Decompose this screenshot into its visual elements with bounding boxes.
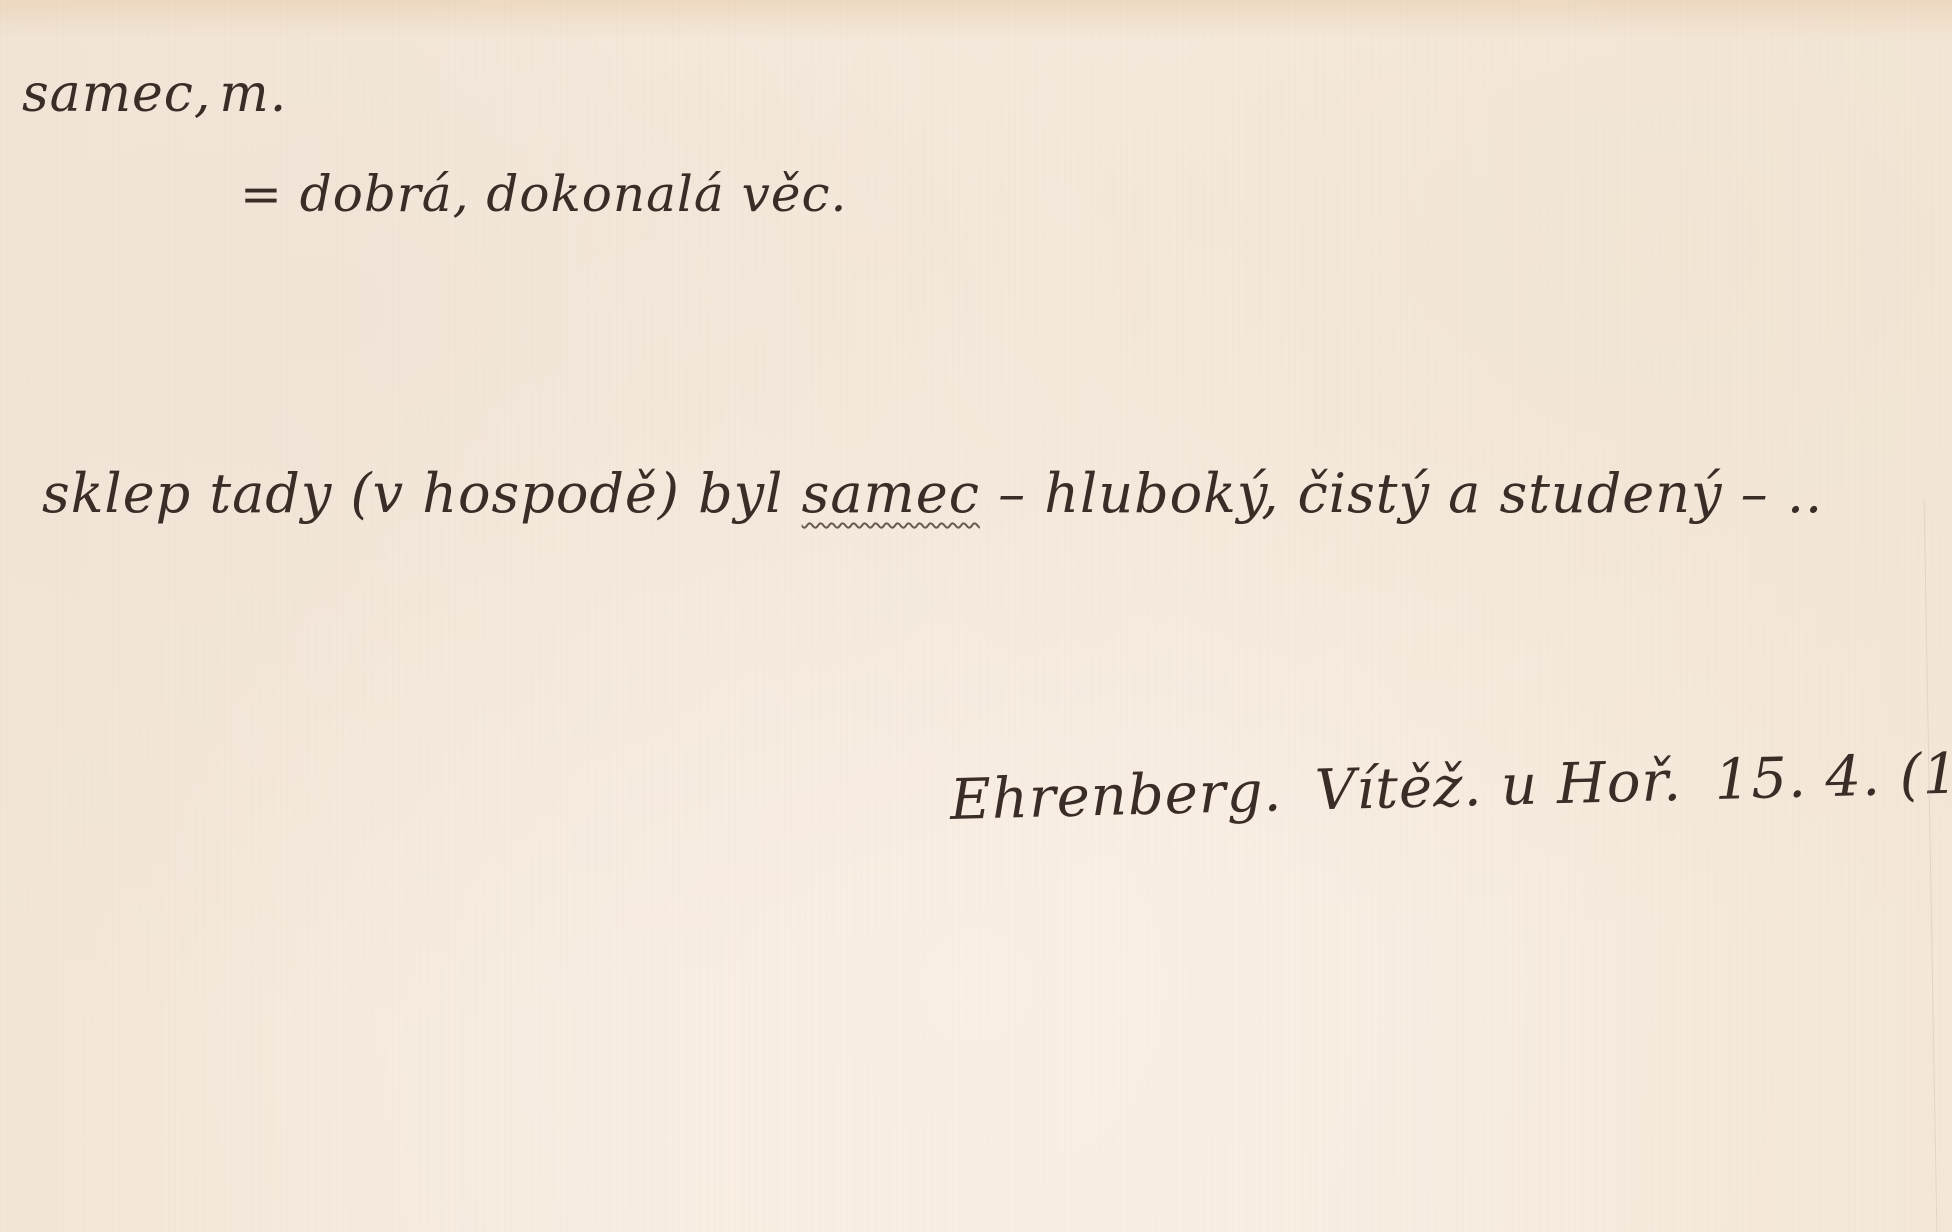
source-informant: Ehrenberg.: [949, 759, 1283, 833]
example-text-after: – hluboký, čistý a studený – ..: [980, 462, 1823, 525]
dictionary-card: samec,m. = dobrá, dokonalá věc. sklep ta…: [0, 0, 1952, 1232]
headword-line: samec,m.: [22, 64, 287, 124]
headword: samec,: [22, 64, 211, 124]
source-attribution: Ehrenberg. Vítěž. u Hoř. 15. 4. (1857).: [949, 738, 1952, 833]
source-place: Vítěž. u Hoř.: [1314, 749, 1683, 824]
source-date: 15. 4. (1857).: [1714, 738, 1952, 813]
example-keyword-underlined: samec: [802, 462, 980, 525]
part-of-speech: m.: [219, 64, 287, 124]
example-sentence: sklep tady (v hospodě) byl samec – hlubo…: [42, 462, 1823, 525]
example-text-before: sklep tady (v hospodě) byl: [42, 462, 802, 525]
definition: = dobrá, dokonalá věc.: [240, 165, 847, 223]
